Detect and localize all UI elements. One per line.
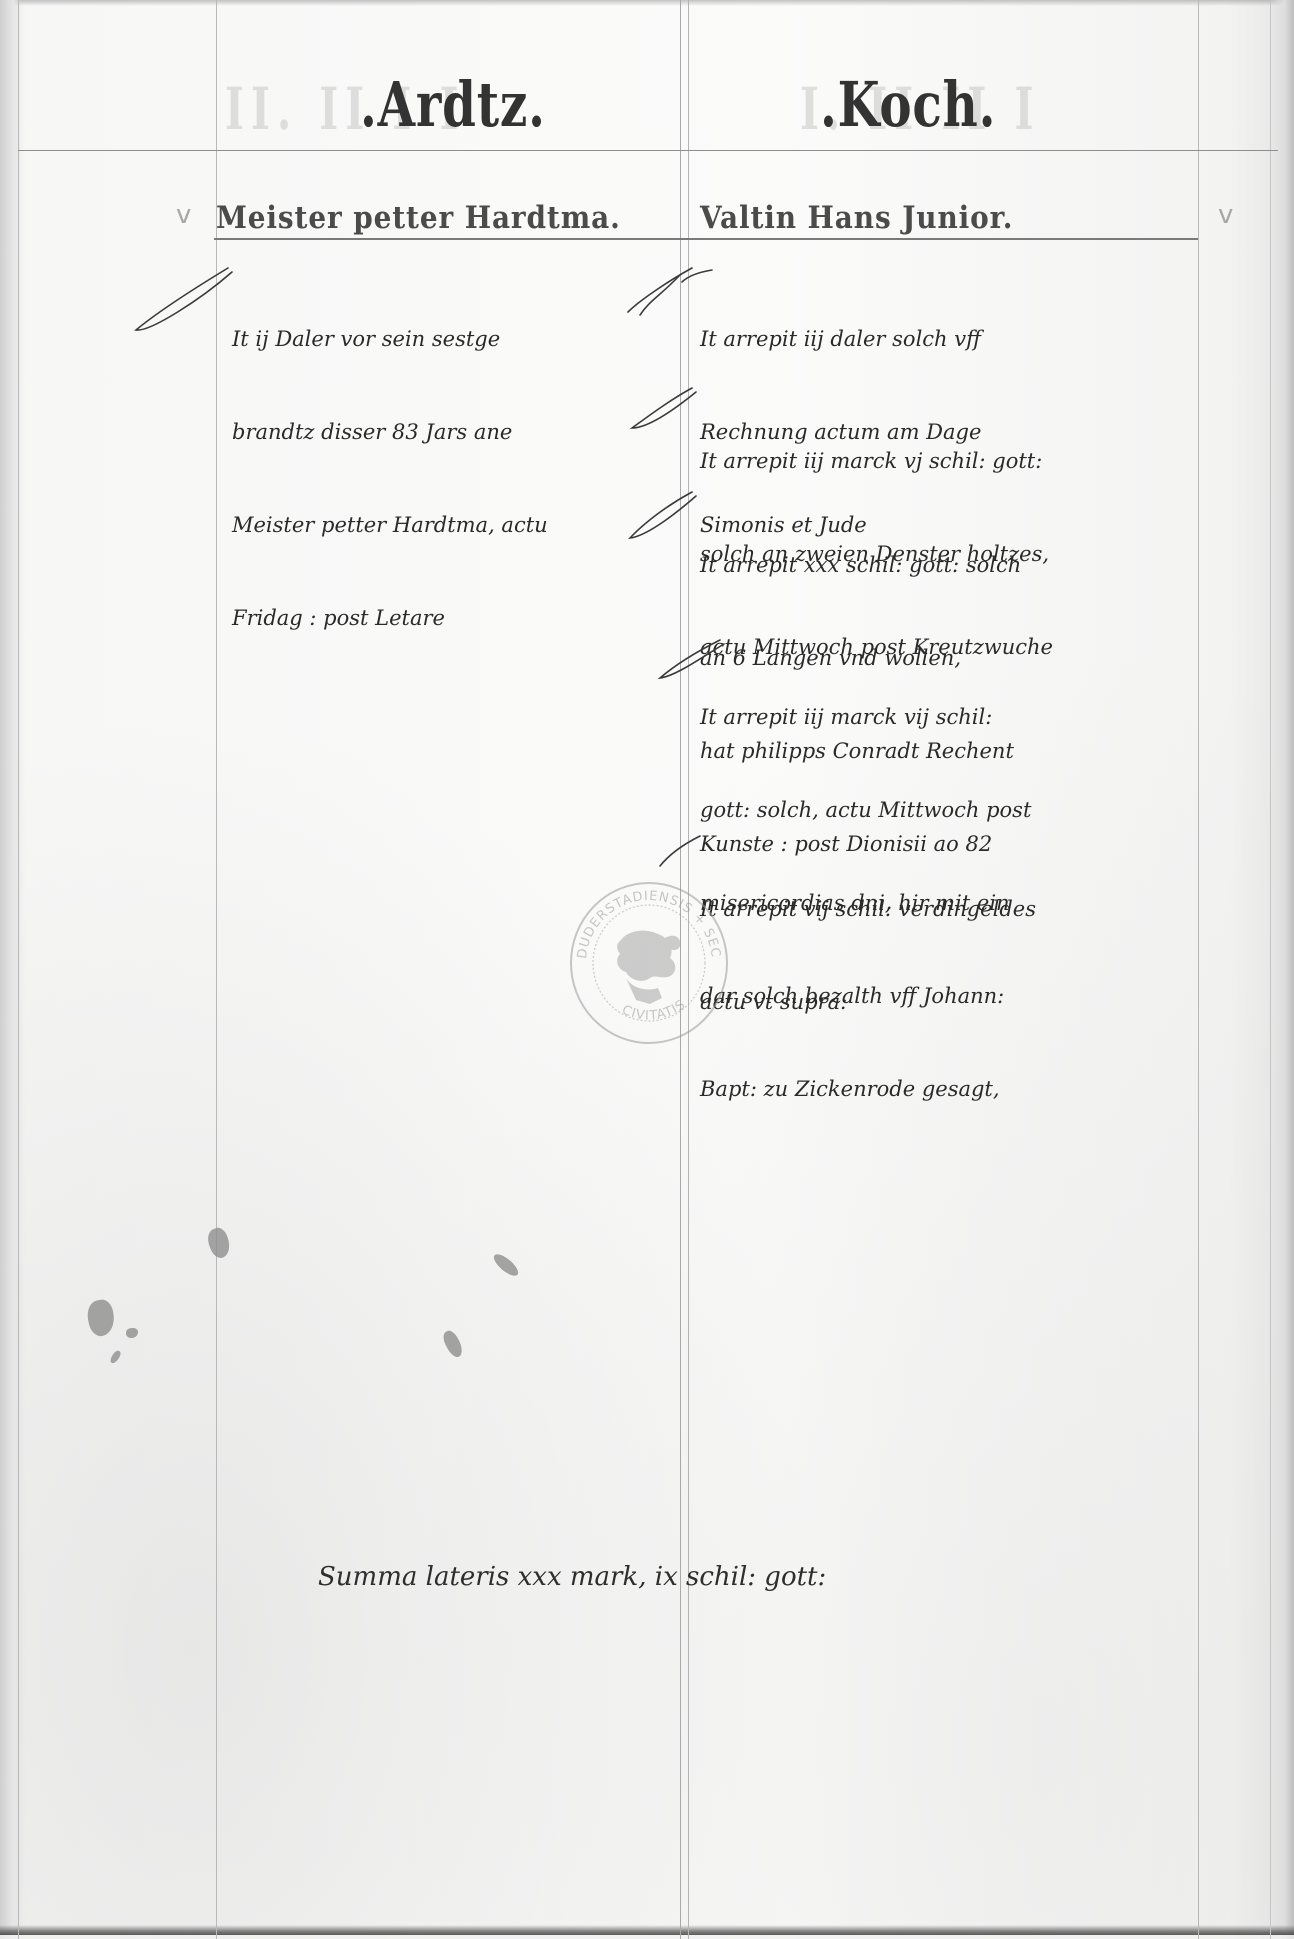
margin-check-left: v xyxy=(176,200,191,230)
entry-line: Meister petter Hardtma, actu xyxy=(232,510,548,541)
seal-lion-icon xyxy=(617,931,680,1004)
ink-stain xyxy=(126,1328,138,1338)
ink-stain xyxy=(109,1349,122,1365)
ledger-entry-left-1: It ij Daler vor sein sestge brandtz diss… xyxy=(232,262,548,696)
entry-line: It arrepit xxx schil: gott: solch xyxy=(700,550,1021,581)
heading-right: .Koch. xyxy=(820,68,996,141)
entry-line: It arrepit iij daler solch vff xyxy=(700,324,981,355)
ink-stain xyxy=(204,1225,233,1260)
ruled-line-binding xyxy=(18,0,19,1939)
ruled-line-left-margin xyxy=(216,0,217,1939)
page-top-edge xyxy=(0,0,1294,6)
entry-line: gott: solch, actu Mittwoch post xyxy=(700,795,1031,826)
ruled-line-right-margin xyxy=(1198,0,1199,1939)
heading-rule xyxy=(18,150,1278,151)
entry-line: It arrepit vij schil: verdingeldes xyxy=(700,894,1036,925)
heading-left: .Ardtz. xyxy=(360,68,546,141)
ruled-line-right-edge xyxy=(1270,0,1271,1939)
ledger-entry-right-5: It arrepit vij schil: verdingeldes actu … xyxy=(700,832,1036,1080)
entry-line: actu vt supra: xyxy=(700,987,1036,1018)
flourish-right-3 xyxy=(630,492,696,538)
name-underline xyxy=(214,238,1198,240)
column-name-right: Valtin Hans Junior. xyxy=(700,200,1013,236)
page-bottom-edge xyxy=(0,1925,1294,1939)
column-name-left: Meister petter Hardtma. xyxy=(216,200,621,236)
flourish-right-2 xyxy=(632,388,696,428)
ink-stain xyxy=(440,1328,466,1359)
entry-line: It arrepit iij marck vj schil: gott: xyxy=(700,446,1053,477)
flourish-right-1a xyxy=(628,268,692,312)
flourish-left-1 xyxy=(136,268,232,330)
entry-line: It arrepit iij marck vij schil: xyxy=(700,702,1031,733)
margin-check-right: v xyxy=(1218,200,1233,230)
page-total: Summa lateris xxx mark, ix schil: gott: xyxy=(318,1562,826,1592)
entry-line: It ij Daler vor sein sestge xyxy=(232,324,548,355)
manuscript-page: II. II I I I. II II I .Ardtz. .Koch. v v… xyxy=(0,0,1294,1939)
city-seal-stamp: DUDERSTADIENSIS + SECRETUM CIVITATIS xyxy=(566,880,732,1046)
page-right-edge xyxy=(1270,0,1294,1939)
ink-stain xyxy=(85,1298,117,1338)
entry-line: brandtz disser 83 Jars ane xyxy=(232,417,548,448)
ink-stain xyxy=(491,1251,522,1279)
entry-line: Fridag : post Letare xyxy=(232,603,548,634)
